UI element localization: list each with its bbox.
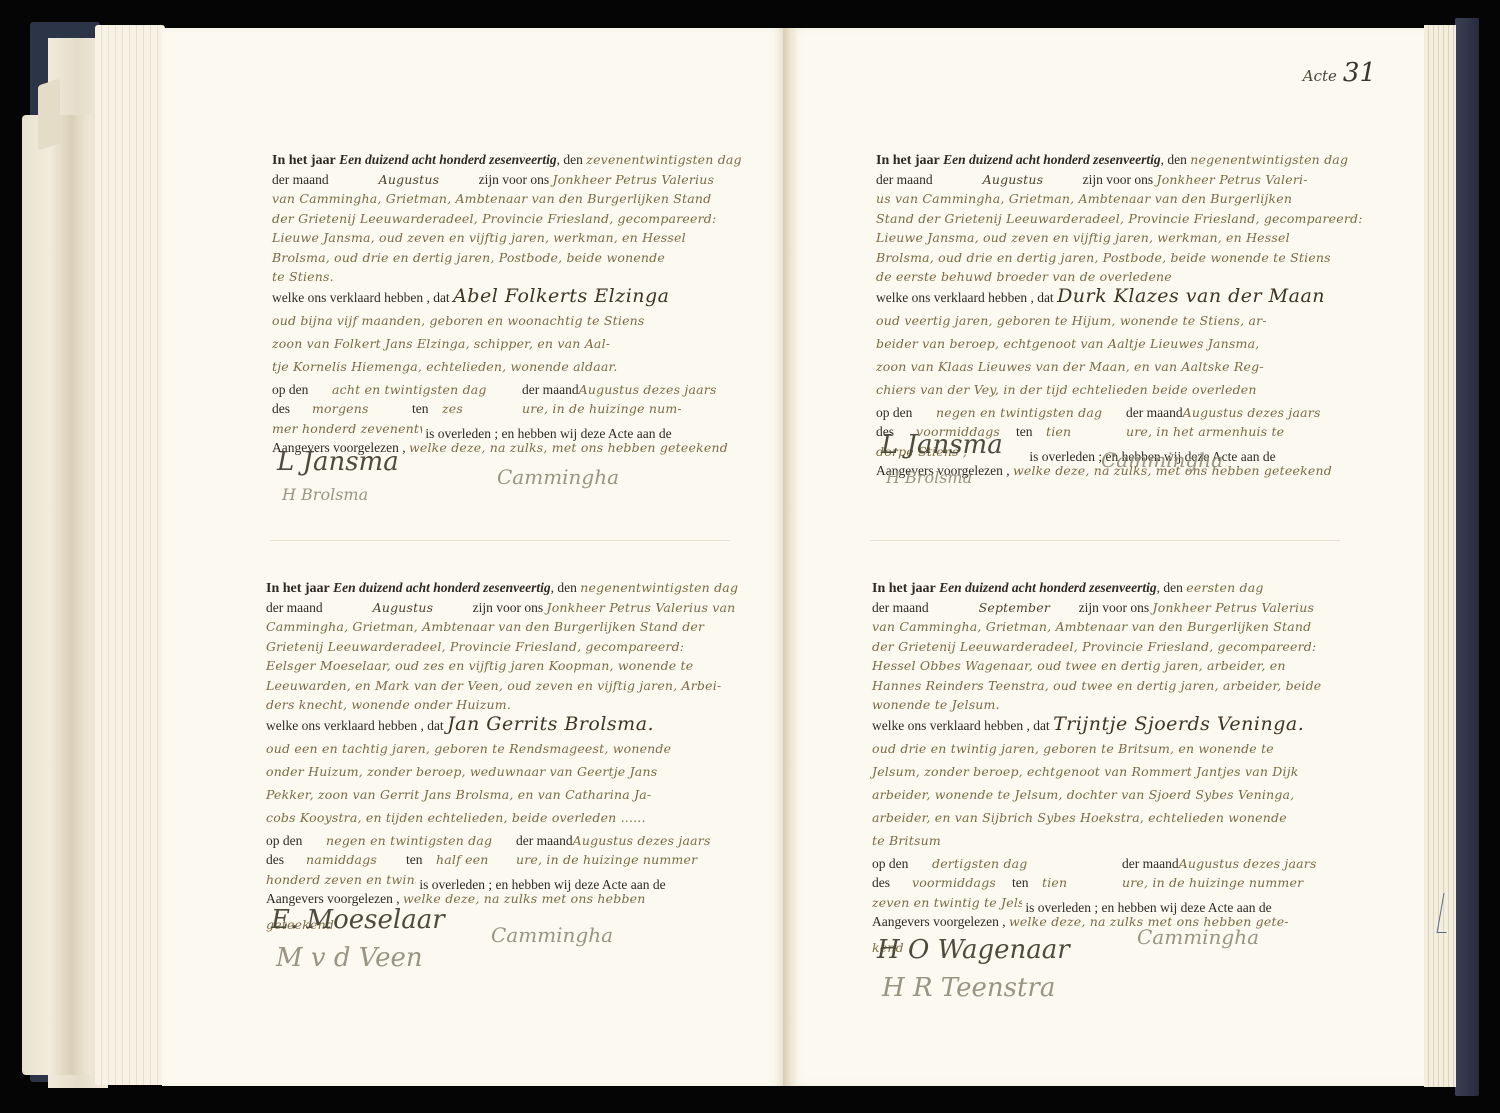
death-place: honderd zeven en twintig onder Huizum [266, 870, 416, 889]
death-date-line: op dennegen en twintigsten dagder maandA… [266, 831, 726, 851]
death-time-line: desnamiddagstenhalf eenure, in de huizin… [266, 850, 726, 870]
official-witness-line: us van Cammingha, Grietman, Ambtenaar va… [876, 189, 1336, 209]
death-place-line: honderd zeven en twintig onder Huizum is… [266, 870, 726, 890]
record-day: negenentwintigsten dag [1190, 152, 1348, 167]
death-place: zeven en twintig te Jelsum [872, 893, 1022, 912]
deceased-detail-line: te Britsum [872, 831, 1332, 854]
deceased-detail-line: oud drie en twintig jaren, geboren te Br… [872, 739, 1332, 762]
death-hour: zes [442, 399, 522, 418]
death-day: acht en twintigsten dag [332, 380, 522, 399]
book-gutter [783, 28, 797, 1086]
deceased-detail-line: arbeider, wonende te Jelsum, dochter van… [872, 785, 1332, 808]
official-witness-line: Brolsma, oud drie en dertig jaren, Postb… [876, 248, 1336, 268]
place-line: ure, in de huizinge num- [522, 401, 682, 416]
death-date-line: op denacht en twintigsten dagder maandAu… [272, 380, 732, 400]
official-line: Jonkheer Petrus Valerius [552, 172, 714, 187]
death-place-line: zeven en twintig te Jelsum is overleden … [872, 893, 1332, 913]
death-day: negen en twintigsten dag [326, 831, 516, 850]
signature-official: Cammingha [491, 923, 613, 947]
record-month: Augustus [329, 170, 479, 189]
official-witness-line: Leeuwarden, en Mark van der Veen, oud ze… [266, 676, 726, 696]
deceased-detail-line: beider van beroep, echtgenoot van Aaltje… [876, 334, 1336, 357]
signature-witness-1: L Jansma [277, 447, 399, 477]
entry-divider [270, 540, 730, 541]
signature-witness-1: H O Wagenaar [877, 935, 1070, 965]
official-line: Jonkheer Petrus Valerius van [546, 600, 735, 615]
page-number: Acte31 [1303, 58, 1376, 88]
death-hour: tien [1046, 422, 1126, 441]
official-witness-line: der Grietenij Leeuwarderadeel, Provincie… [272, 209, 732, 229]
deceased-detail-line: oud veertig jaren, geboren te Hijum, won… [876, 311, 1336, 334]
record-intro-line: In het jaar Een duizend acht honderd zes… [876, 150, 1336, 170]
death-record-right-bottom: In het jaar Een duizend acht honderd zes… [872, 578, 1332, 958]
official-line: Jonkheer Petrus Valerius [1152, 600, 1314, 615]
signature-witness-2: M v d Veen [276, 943, 423, 973]
book-cover-right [1455, 18, 1479, 1096]
record-month: September [929, 598, 1079, 617]
place-line: ure, in de huizinge nummer [1122, 875, 1303, 890]
record-day: negenentwintigsten dag [580, 580, 738, 595]
deceased-detail-line: tje Kornelis Hiemenga, echtelieden, wone… [272, 357, 732, 380]
deceased-detail-line: cobs Kooystra, en tijden echtelieden, be… [266, 808, 726, 831]
deceased-name: Abel Folkerts Elzinga [453, 285, 669, 307]
torn-page-tab [38, 78, 60, 150]
deceased-detail-line: zoon van Klaas Lieuwes van der Maan, en … [876, 357, 1336, 380]
record-month-line: der maandAugustuszijn voor ons Jonkheer … [266, 598, 726, 618]
record-intro-line: In het jaar Een duizend acht honderd zes… [272, 150, 732, 170]
official-witness-line: der Grietenij Leeuwarderadeel, Provincie… [872, 637, 1332, 657]
deceased-detail-line: onder Huizum, zonder beroep, weduwnaar v… [266, 762, 726, 785]
official-witness-line: Cammingha, Grietman, Ambtenaar van den B… [266, 617, 726, 637]
deceased-detail-line: Pekker, zoon van Gerrit Jans Brolsma, en… [266, 785, 726, 808]
official-line: Jonkheer Petrus Valeri- [1156, 172, 1307, 187]
official-witness-line: Grietenij Leeuwarderadeel, Provincie Fri… [266, 637, 726, 657]
death-month: Augustus dezes jaars [1183, 405, 1321, 420]
place-line: ure, in de huizinge nummer [516, 852, 697, 867]
death-month: Augustus dezes jaars [573, 833, 711, 848]
closing-line: Aangevers voorgelezen , welke deze, na z… [872, 912, 1332, 932]
declaration-line: welke ons verklaard hebben , dat Jan Ger… [266, 715, 726, 739]
record-intro-line: In het jaar Een duizend acht honderd zes… [872, 578, 1332, 598]
entry-divider [870, 540, 1340, 541]
deceased-detail-line: arbeider, en van Sijbrich Sybes Hoekstra… [872, 808, 1332, 831]
official-witness-line: Hannes Reinders Teenstra, oud twee en de… [872, 676, 1332, 696]
declaration-line: welke ons verklaard hebben , dat Durk Kl… [876, 287, 1336, 311]
signature-witness-2: H R Teenstra [882, 973, 1055, 1003]
declaration-line: welke ons verklaard hebben , dat Abel Fo… [272, 287, 732, 311]
record-day: eersten dag [1186, 580, 1263, 595]
deceased-detail-line: Jelsum, zonder beroep, echtgenoot van Ro… [872, 762, 1332, 785]
record-month-line: der maandAugustuszijn voor ons Jonkheer … [272, 170, 732, 190]
page-stack-left-inner [95, 25, 165, 1085]
death-month: Augustus dezes jaars [579, 382, 717, 397]
death-month: Augustus dezes jaars [1179, 856, 1317, 871]
death-hour: half een [436, 850, 516, 869]
deceased-name: Trijntje Sjoerds Veninga. [1053, 713, 1304, 735]
record-day: zevenentwintigsten dag [586, 152, 741, 167]
signature-official: Cammingha [1101, 448, 1223, 472]
death-date-line: op dennegen en twintigsten dagder maandA… [876, 403, 1336, 423]
signature-witness-1: L Jansma [881, 430, 1003, 460]
official-witness-line: Hessel Obbes Wagenaar, oud twee en derti… [872, 656, 1332, 676]
record-intro-line: In het jaar Een duizend acht honderd zes… [266, 578, 726, 598]
official-witness-line: Lieuwe Jansma, oud zeven en vijftig jare… [876, 228, 1336, 248]
official-witness-line: van Cammingha, Grietman, Ambtenaar van d… [272, 189, 732, 209]
signature-official: Cammingha [1137, 925, 1259, 949]
deceased-detail-line: oud een en tachtig jaren, geboren te Ren… [266, 739, 726, 762]
death-day: dertigsten dag [932, 854, 1122, 873]
official-witness-line: Brolsma, oud drie en dertig jaren, Postb… [272, 248, 732, 268]
death-time-line: desvoormiddagstentienure, in de huizinge… [872, 873, 1332, 893]
time-of-day: namiddags [306, 850, 406, 869]
death-place-line: mer honderd zevenentwintig te Stiens is … [272, 419, 732, 439]
record-month-line: der maandSeptemberzijn voor ons Jonkheer… [872, 598, 1332, 618]
death-record-left-bottom: In het jaar Een duizend acht honderd zes… [266, 578, 726, 935]
signature-witness-2: H Brolsma [886, 468, 972, 487]
declaration-line: welke ons verklaard hebben , dat Trijntj… [872, 715, 1332, 739]
closing-text: welke deze, na zulks met ons hebben [403, 891, 646, 906]
death-record-left-top: In het jaar Een duizend acht honderd zes… [272, 150, 732, 484]
official-witness-line: van Cammingha, Grietman, Ambtenaar van d… [872, 617, 1332, 637]
signature-official: Cammingha [497, 465, 619, 489]
deceased-name: Durk Klazes van der Maan [1057, 285, 1325, 307]
death-place: mer honderd zevenentwintig te Stiens [272, 419, 422, 438]
death-date-line: op dendertigsten dagder maandAugustus de… [872, 854, 1332, 874]
death-day: negen en twintigsten dag [936, 403, 1126, 422]
official-witness-line: Eelsger Moeselaar, oud zes en vijftig ja… [266, 656, 726, 676]
record-month: Augustus [933, 170, 1083, 189]
death-hour: tien [1042, 873, 1122, 892]
deceased-detail-line: zoon van Folkert Jans Elzinga, schipper,… [272, 334, 732, 357]
record-month: Augustus [323, 598, 473, 617]
time-of-day: morgens [312, 399, 412, 418]
signature-witness-1: E. Moeselaar [271, 905, 445, 935]
death-time-line: desmorgenstenzesure, in de huizinge num- [272, 399, 732, 419]
time-of-day: voormiddags [912, 873, 1012, 892]
deceased-detail-line: chiers van der Vey, in der tijd echtelie… [876, 380, 1336, 403]
record-month-line: der maandAugustuszijn voor ons Jonkheer … [876, 170, 1336, 190]
deceased-detail-line: oud bijna vijf maanden, geboren en woona… [272, 311, 732, 334]
deceased-name: Jan Gerrits Brolsma. [447, 713, 654, 735]
signature-witness-2: H Brolsma [282, 485, 368, 504]
place-line: ure, in het armenhuis te [1126, 424, 1284, 439]
closing-text: welke deze, na zulks, met ons hebben get… [409, 440, 728, 455]
official-witness-line: Stand der Grietenij Leeuwarderadeel, Pro… [876, 209, 1336, 229]
official-witness-line: Lieuwe Jansma, oud zeven en vijftig jare… [272, 228, 732, 248]
